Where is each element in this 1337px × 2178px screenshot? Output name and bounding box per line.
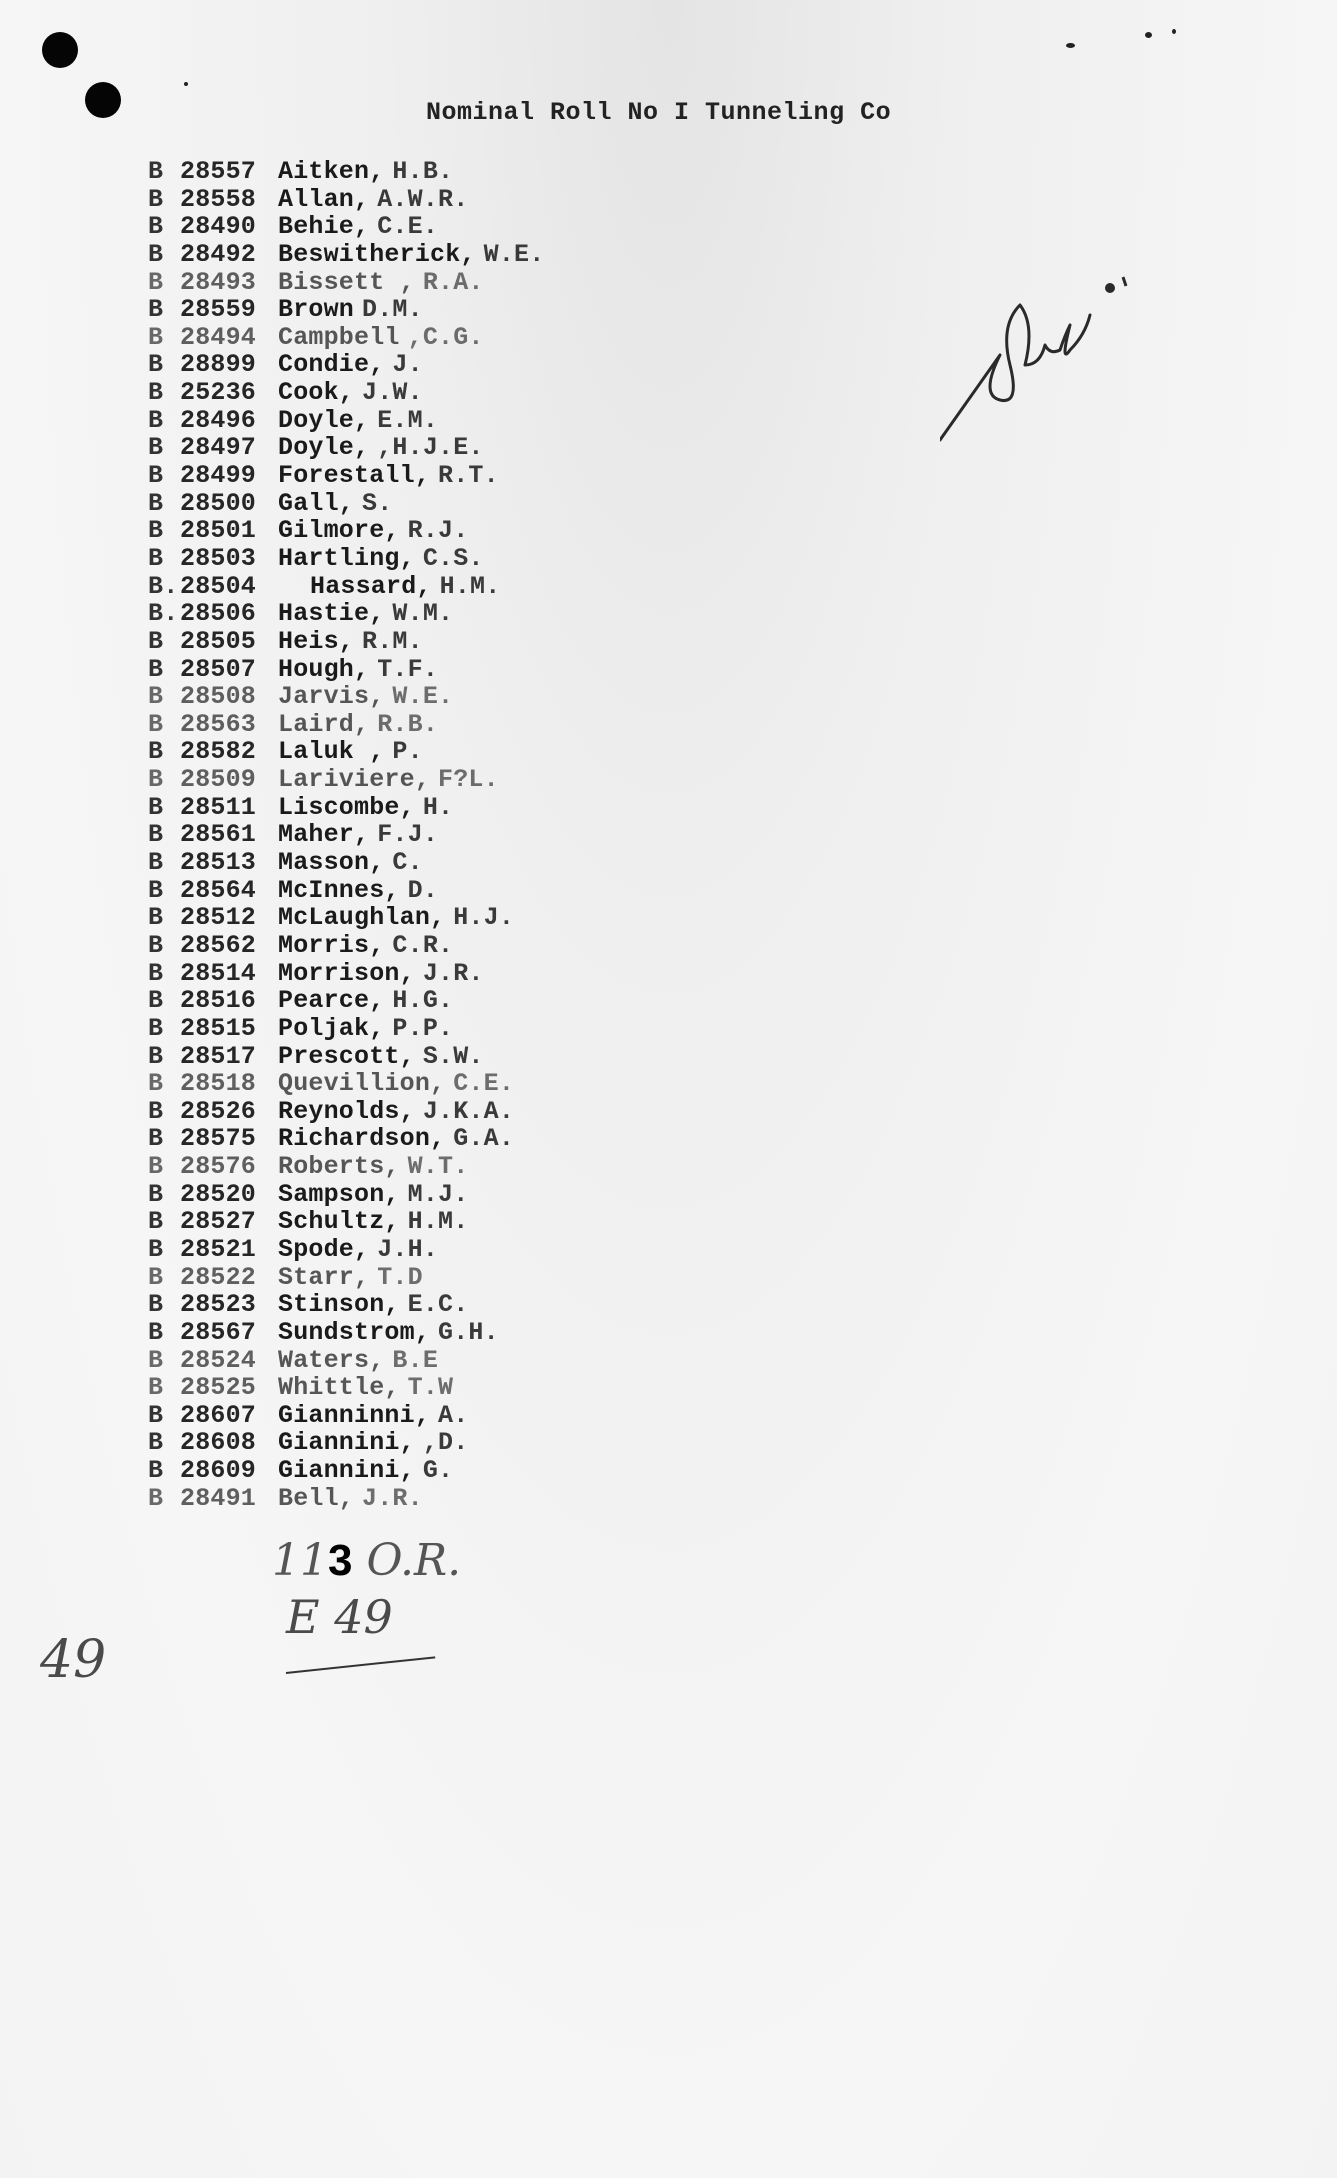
initials: P.P. bbox=[392, 1015, 453, 1043]
initials: ,C.G. bbox=[408, 324, 484, 352]
initials: J.K.A. bbox=[423, 1098, 514, 1126]
service-prefix: B bbox=[148, 932, 180, 960]
page-title: Nominal Roll No I Tunneling Co bbox=[426, 98, 891, 127]
initials: J.R. bbox=[423, 960, 484, 988]
roll-entry: B28512McLaughlan,H.J. bbox=[148, 904, 544, 932]
ink-speck bbox=[1172, 29, 1176, 34]
roll-entry: B28500Gall,S. bbox=[148, 490, 544, 518]
initials: W.M. bbox=[392, 600, 453, 628]
initials: R.J. bbox=[408, 517, 469, 545]
service-prefix: B bbox=[148, 407, 180, 435]
service-prefix: B bbox=[148, 241, 180, 269]
surname: Aitken, bbox=[278, 158, 384, 186]
initials: J.H. bbox=[377, 1236, 438, 1264]
roll-entry: B.28504Hassard,H.M. bbox=[148, 573, 544, 601]
surname: Quevillion, bbox=[278, 1070, 445, 1098]
initials: ,D. bbox=[423, 1429, 469, 1457]
surname: Stinson, bbox=[278, 1291, 400, 1319]
service-prefix: B bbox=[148, 158, 180, 186]
initials: D. bbox=[408, 877, 438, 905]
service-number: 28520 bbox=[180, 1181, 278, 1209]
service-prefix: B bbox=[148, 1043, 180, 1071]
service-prefix: B bbox=[148, 738, 180, 766]
surname: Allan, bbox=[278, 186, 369, 214]
service-prefix: B bbox=[148, 849, 180, 877]
initials: C. bbox=[392, 849, 422, 877]
surname: Brown bbox=[278, 296, 354, 324]
surname: Hartling, bbox=[278, 545, 415, 573]
roll-entry: B28515Poljak,P.P. bbox=[148, 1015, 544, 1043]
initials: J.W. bbox=[362, 379, 423, 407]
roll-entry: B28525Whittle,T.W bbox=[148, 1374, 544, 1402]
service-prefix: B bbox=[148, 1264, 180, 1292]
roll-entry: B28514Morrison,J.R. bbox=[148, 960, 544, 988]
roll-entry: B28516Pearce,H.G. bbox=[148, 987, 544, 1015]
service-number: 28557 bbox=[180, 158, 278, 186]
service-number: 28496 bbox=[180, 407, 278, 435]
service-number: 28492 bbox=[180, 241, 278, 269]
initials: M.J. bbox=[408, 1181, 469, 1209]
service-prefix: B bbox=[148, 904, 180, 932]
surname: Spode, bbox=[278, 1236, 369, 1264]
surname: Hough, bbox=[278, 656, 369, 684]
service-number: 28500 bbox=[180, 490, 278, 518]
surname: Gilmore, bbox=[278, 517, 400, 545]
initials: H.M. bbox=[440, 573, 501, 601]
roll-entry: B28494Campbell,C.G. bbox=[148, 324, 544, 352]
initials: C.E. bbox=[377, 213, 438, 241]
roll-entry: B28899Condie,J. bbox=[148, 351, 544, 379]
service-prefix: B bbox=[148, 351, 180, 379]
roll-entry: B28607Gianninni,A. bbox=[148, 1402, 544, 1430]
service-number: 28514 bbox=[180, 960, 278, 988]
surname: Liscombe, bbox=[278, 794, 415, 822]
service-prefix: B bbox=[148, 711, 180, 739]
initials: W.E. bbox=[392, 683, 453, 711]
service-number: 28564 bbox=[180, 877, 278, 905]
roll-entry: B28522Starr,T.D bbox=[148, 1264, 544, 1292]
service-number: 28518 bbox=[180, 1070, 278, 1098]
surname: Laluk , bbox=[278, 738, 384, 766]
surname: Richardson, bbox=[278, 1125, 445, 1153]
initials: H.J. bbox=[453, 904, 514, 932]
service-prefix: B bbox=[148, 821, 180, 849]
roll-entry: B28490Behie,C.E. bbox=[148, 213, 544, 241]
nominal-roll-list: B28557Aitken,H.B.B28558Allan,A.W.R.B2849… bbox=[148, 158, 544, 1512]
initials: C.R. bbox=[392, 932, 453, 960]
service-number: 28509 bbox=[180, 766, 278, 794]
handwritten-margin-note: 49 bbox=[40, 1630, 106, 1690]
roll-entry: B28523Stinson,E.C. bbox=[148, 1291, 544, 1319]
surname: Starr, bbox=[278, 1264, 369, 1292]
service-prefix: B bbox=[148, 1125, 180, 1153]
roll-entry: B28567Sundstrom,G.H. bbox=[148, 1319, 544, 1347]
surname: Waters, bbox=[278, 1347, 384, 1375]
service-number: 28491 bbox=[180, 1485, 278, 1513]
roll-entry: B28518Quevillion,C.E. bbox=[148, 1070, 544, 1098]
surname: Morris, bbox=[278, 932, 384, 960]
service-number: 28490 bbox=[180, 213, 278, 241]
service-number: 28562 bbox=[180, 932, 278, 960]
ref-suffix: O.R. bbox=[352, 1535, 461, 1586]
roll-entry: B28609Giannini,G. bbox=[148, 1457, 544, 1485]
initials: C.S. bbox=[423, 545, 484, 573]
service-prefix: B bbox=[148, 1181, 180, 1209]
service-prefix: B bbox=[148, 213, 180, 241]
roll-entry: B28492Beswitherick,W.E. bbox=[148, 241, 544, 269]
roll-entry: B28582Laluk ,P. bbox=[148, 738, 544, 766]
service-number: 28609 bbox=[180, 1457, 278, 1485]
initials: H. bbox=[423, 794, 453, 822]
initials: E.C. bbox=[408, 1291, 469, 1319]
initials: R.A. bbox=[423, 269, 484, 297]
service-number: 28899 bbox=[180, 351, 278, 379]
service-number: 28561 bbox=[180, 821, 278, 849]
surname: Cook, bbox=[278, 379, 354, 407]
surname: Gall, bbox=[278, 490, 354, 518]
roll-entry: B28521Spode,J.H. bbox=[148, 1236, 544, 1264]
surname: Schultz, bbox=[278, 1208, 400, 1236]
surname: Giannini, bbox=[278, 1429, 415, 1457]
surname: Lariviere, bbox=[278, 766, 430, 794]
surname: Beswitherick, bbox=[278, 241, 476, 269]
initials: G.H. bbox=[438, 1319, 499, 1347]
surname: Gianninni, bbox=[278, 1402, 430, 1430]
service-number: 28508 bbox=[180, 683, 278, 711]
initials: H.B. bbox=[392, 158, 453, 186]
ink-speck bbox=[1145, 32, 1152, 38]
surname: McInnes, bbox=[278, 877, 400, 905]
roll-entry: B28575Richardson,G.A. bbox=[148, 1125, 544, 1153]
surname: Sampson, bbox=[278, 1181, 400, 1209]
handwritten-file-number: E 49 bbox=[286, 1590, 393, 1644]
service-number: 28522 bbox=[180, 1264, 278, 1292]
initials: S. bbox=[362, 490, 392, 518]
roll-entry: B28493Bissett ,R.A. bbox=[148, 269, 544, 297]
initials: R.B. bbox=[377, 711, 438, 739]
roll-entry: B28513Masson,C. bbox=[148, 849, 544, 877]
service-number: 28523 bbox=[180, 1291, 278, 1319]
roll-entry: B28558Allan,A.W.R. bbox=[148, 186, 544, 214]
service-prefix: B bbox=[148, 1236, 180, 1264]
service-number: 28503 bbox=[180, 545, 278, 573]
roll-entry: B28501Gilmore,R.J. bbox=[148, 517, 544, 545]
handwritten-underline bbox=[286, 1656, 435, 1674]
surname: McLaughlan, bbox=[278, 904, 445, 932]
service-prefix: B bbox=[148, 1319, 180, 1347]
roll-entry: B25236Cook,J.W. bbox=[148, 379, 544, 407]
service-number: 28516 bbox=[180, 987, 278, 1015]
service-prefix: B bbox=[148, 490, 180, 518]
initials: T.W bbox=[408, 1374, 454, 1402]
initials: S.W. bbox=[423, 1043, 484, 1071]
initials: T.F. bbox=[377, 656, 438, 684]
service-prefix: B bbox=[148, 462, 180, 490]
roll-entry: B28509Lariviere,F?L. bbox=[148, 766, 544, 794]
roll-entry: B28503Hartling,C.S. bbox=[148, 545, 544, 573]
initials: F.J. bbox=[377, 821, 438, 849]
surname: Hassard, bbox=[310, 573, 432, 601]
surname: Condie, bbox=[278, 351, 384, 379]
roll-entry: B28559BrownD.M. bbox=[148, 296, 544, 324]
surname: Poljak, bbox=[278, 1015, 384, 1043]
roll-entry: B28507Hough,T.F. bbox=[148, 656, 544, 684]
service-number: 28575 bbox=[180, 1125, 278, 1153]
document-page: Nominal Roll No I Tunneling Co B28557Ait… bbox=[0, 0, 1337, 2178]
service-prefix: B bbox=[148, 683, 180, 711]
surname: Morrison, bbox=[278, 960, 415, 988]
initials: G. bbox=[423, 1457, 453, 1485]
roll-entry: B28564McInnes,D. bbox=[148, 877, 544, 905]
surname: Doyle, bbox=[278, 407, 369, 435]
surname: Roberts, bbox=[278, 1153, 400, 1181]
service-prefix: B bbox=[148, 1402, 180, 1430]
roll-entry: B28576Roberts,W.T. bbox=[148, 1153, 544, 1181]
service-number: 28563 bbox=[180, 711, 278, 739]
service-prefix: B bbox=[148, 1291, 180, 1319]
service-prefix: B bbox=[148, 766, 180, 794]
service-prefix: B bbox=[148, 296, 180, 324]
handwritten-reference: 113 O.R. bbox=[272, 1535, 461, 1586]
service-number: 25236 bbox=[180, 379, 278, 407]
punch-hole-icon bbox=[85, 82, 121, 118]
service-prefix: B bbox=[148, 987, 180, 1015]
service-number: 28494 bbox=[180, 324, 278, 352]
surname: Pearce, bbox=[278, 987, 384, 1015]
service-prefix: B bbox=[148, 628, 180, 656]
service-number: 28507 bbox=[180, 656, 278, 684]
surname: Masson, bbox=[278, 849, 384, 877]
service-number: 28527 bbox=[180, 1208, 278, 1236]
roll-entry: B28491Bell,J.R. bbox=[148, 1485, 544, 1513]
initials: H.G. bbox=[392, 987, 453, 1015]
service-prefix: B bbox=[148, 1457, 180, 1485]
initials: D.M. bbox=[362, 296, 423, 324]
initials: T.D bbox=[377, 1264, 423, 1292]
initials: P. bbox=[392, 738, 422, 766]
service-number: 28493 bbox=[180, 269, 278, 297]
service-prefix: B bbox=[148, 1153, 180, 1181]
service-prefix: B bbox=[148, 877, 180, 905]
service-number: 28513 bbox=[180, 849, 278, 877]
initials: ,H.J.E. bbox=[377, 434, 483, 462]
service-prefix: B bbox=[148, 545, 180, 573]
roll-entry: B28608Giannini,,D. bbox=[148, 1429, 544, 1457]
roll-entry: B28520Sampson,M.J. bbox=[148, 1181, 544, 1209]
surname: Sundstrom, bbox=[278, 1319, 430, 1347]
service-number: 28607 bbox=[180, 1402, 278, 1430]
service-number: 28559 bbox=[180, 296, 278, 324]
service-prefix: B bbox=[148, 1015, 180, 1043]
initials: J. bbox=[392, 351, 422, 379]
roll-entry: B28527Schultz,H.M. bbox=[148, 1208, 544, 1236]
service-prefix: B bbox=[148, 1208, 180, 1236]
initials: W.T. bbox=[408, 1153, 469, 1181]
surname: Giannini, bbox=[278, 1457, 415, 1485]
roll-entry: B28524Waters,B.E bbox=[148, 1347, 544, 1375]
service-number: 28524 bbox=[180, 1347, 278, 1375]
handwritten-signature-icon bbox=[940, 255, 1140, 455]
surname: Hastie, bbox=[278, 600, 384, 628]
surname: Maher, bbox=[278, 821, 369, 849]
service-prefix: B bbox=[148, 1098, 180, 1126]
service-number: 28512 bbox=[180, 904, 278, 932]
roll-entry: B28562Morris,C.R. bbox=[148, 932, 544, 960]
surname: Campbell bbox=[278, 324, 400, 352]
service-prefix: B bbox=[148, 324, 180, 352]
roll-entry: B28499Forestall,R.T. bbox=[148, 462, 544, 490]
initials: E.M. bbox=[377, 407, 438, 435]
surname: Reynolds, bbox=[278, 1098, 415, 1126]
service-prefix: B bbox=[148, 794, 180, 822]
initials: W.E. bbox=[484, 241, 545, 269]
surname: Behie, bbox=[278, 213, 369, 241]
service-prefix: B bbox=[148, 269, 180, 297]
roll-entry: B28526Reynolds,J.K.A. bbox=[148, 1098, 544, 1126]
service-number: 28567 bbox=[180, 1319, 278, 1347]
ink-speck bbox=[184, 82, 188, 86]
ink-speck bbox=[1066, 43, 1075, 48]
service-prefix: B bbox=[148, 517, 180, 545]
roll-entry: B28557Aitken,H.B. bbox=[148, 158, 544, 186]
roll-entry: B28497Doyle,,H.J.E. bbox=[148, 434, 544, 462]
service-prefix: B. bbox=[148, 573, 180, 601]
service-prefix: B bbox=[148, 186, 180, 214]
service-prefix: B bbox=[148, 434, 180, 462]
surname: Bell, bbox=[278, 1485, 354, 1513]
service-number: 28515 bbox=[180, 1015, 278, 1043]
initials: F?L. bbox=[438, 766, 499, 794]
service-prefix: B bbox=[148, 1485, 180, 1513]
surname: Doyle, bbox=[278, 434, 369, 462]
initials: H.M. bbox=[408, 1208, 469, 1236]
service-number: 28517 bbox=[180, 1043, 278, 1071]
service-number: 28497 bbox=[180, 434, 278, 462]
service-prefix: B bbox=[148, 1347, 180, 1375]
roll-entry: B28505Heis,R.M. bbox=[148, 628, 544, 656]
service-prefix: B bbox=[148, 379, 180, 407]
initials: A. bbox=[438, 1402, 468, 1430]
initials: G.A. bbox=[453, 1125, 514, 1153]
initials: C.E. bbox=[453, 1070, 514, 1098]
roll-entry: B28508Jarvis,W.E. bbox=[148, 683, 544, 711]
initials: R.M. bbox=[362, 628, 423, 656]
service-prefix: B bbox=[148, 1429, 180, 1457]
service-number: 28504 bbox=[180, 573, 310, 601]
initials: A.W.R. bbox=[377, 186, 468, 214]
surname: Prescott, bbox=[278, 1043, 415, 1071]
service-number: 28582 bbox=[180, 738, 278, 766]
service-prefix: B bbox=[148, 1374, 180, 1402]
initials: R.T. bbox=[438, 462, 499, 490]
service-number: 28511 bbox=[180, 794, 278, 822]
service-number: 28576 bbox=[180, 1153, 278, 1181]
roll-entry: B28496Doyle,E.M. bbox=[148, 407, 544, 435]
ref-digits: 11 bbox=[272, 1535, 328, 1586]
ref-bold-digit: 3 bbox=[328, 1536, 352, 1585]
service-number: 28499 bbox=[180, 462, 278, 490]
service-prefix: B bbox=[148, 960, 180, 988]
initials: B.E bbox=[392, 1347, 438, 1375]
service-number: 28506 bbox=[180, 600, 278, 628]
service-number: 28521 bbox=[180, 1236, 278, 1264]
surname: Forestall, bbox=[278, 462, 430, 490]
service-number: 28526 bbox=[180, 1098, 278, 1126]
service-number: 28501 bbox=[180, 517, 278, 545]
surname: Heis, bbox=[278, 628, 354, 656]
roll-entry: B28511Liscombe,H. bbox=[148, 794, 544, 822]
service-prefix: B bbox=[148, 1070, 180, 1098]
roll-entry: B.28506Hastie,W.M. bbox=[148, 600, 544, 628]
service-prefix: B. bbox=[148, 600, 180, 628]
service-prefix: B bbox=[148, 656, 180, 684]
punch-hole-icon bbox=[42, 32, 78, 68]
surname: Jarvis, bbox=[278, 683, 384, 711]
roll-entry: B28517Prescott,S.W. bbox=[148, 1043, 544, 1071]
service-number: 28505 bbox=[180, 628, 278, 656]
surname: Laird, bbox=[278, 711, 369, 739]
service-number: 28608 bbox=[180, 1429, 278, 1457]
surname: Bissett , bbox=[278, 269, 415, 297]
service-number: 28525 bbox=[180, 1374, 278, 1402]
service-number: 28558 bbox=[180, 186, 278, 214]
roll-entry: B28561Maher,F.J. bbox=[148, 821, 544, 849]
initials: J.R. bbox=[362, 1485, 423, 1513]
surname: Whittle, bbox=[278, 1374, 400, 1402]
roll-entry: B28563Laird,R.B. bbox=[148, 711, 544, 739]
